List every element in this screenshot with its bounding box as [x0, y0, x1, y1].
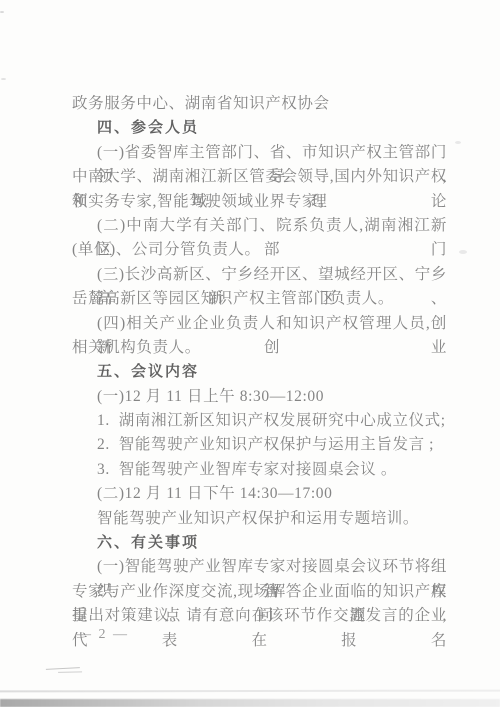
text-line: 2. 智能驾驶产业知识产权保护与运用主旨发言 ;: [72, 433, 447, 457]
scan-speck: [455, 141, 461, 144]
section-heading: 六、有关事项: [72, 531, 447, 555]
section-heading: 五、会议内容: [72, 360, 447, 384]
scan-edge-shadow: [0, 699, 500, 707]
text-line: (二)中南大学有关部门、院系负责人,湖南湘江新区部门: [72, 214, 447, 238]
text-line: (三)长沙高新区、宁乡经开区、望城经开区、宁乡高新区、: [72, 263, 447, 287]
text-line: (一)12 月 11 日上午 8:30—12:00: [72, 385, 447, 409]
text-line: (一)省委智库主管部门、省、市知识产权主管部门领导,: [72, 141, 447, 165]
scan-smudge: [46, 667, 80, 675]
text-line: 1. 湖南湘江新区知识产权发展研究中心成立仪式;: [72, 409, 447, 433]
scan-speck: [1, 78, 6, 80]
section-heading: 四、参会人员: [72, 116, 447, 140]
text-line: 中南大学、湖南湘江新区管委会领导,国内外知识产权领域理论: [72, 165, 447, 189]
text-line: 智能驾驶产业知识产权保护和运用专题培训。: [72, 507, 447, 531]
page-number: — 2 —: [77, 627, 129, 643]
text-line: 专家与产业作深度交流,现场解答企业面临的知识产权重点问题,: [72, 580, 447, 604]
scan-shadow-line: [0, 690, 500, 693]
text-line: 3. 智能驾驶产业智库专家对接圆桌会议 。: [72, 458, 447, 482]
text-line: 岳麓高新区等园区知识产权主管部门负责人。: [72, 287, 447, 311]
document-text: 政务服务中心、湖南省知识产权协会四、参会人员(一)省委智库主管部门、省、市知识产…: [72, 92, 447, 629]
text-line: 政务服务中心、湖南省知识产权协会: [72, 92, 447, 116]
text-line: 提出对策建议。请有意向在该环节作交流发言的企业代表在报名: [72, 604, 447, 628]
text-line: (一)智能驾驶产业智库专家对接圆桌会议环节将组织智库: [72, 555, 447, 579]
text-line: (二)12 月 11 日下午 14:30—17:00: [72, 482, 447, 506]
scanned-document-page: 政务服务中心、湖南省知识产权协会四、参会人员(一)省委智库主管部门、省、市知识产…: [0, 0, 500, 707]
scan-speck: [459, 250, 467, 254]
scan-speck: [0, 11, 4, 13]
text-line: (四)相关产业企业负责人和知识产权管理人员,创新创业: [72, 312, 447, 336]
